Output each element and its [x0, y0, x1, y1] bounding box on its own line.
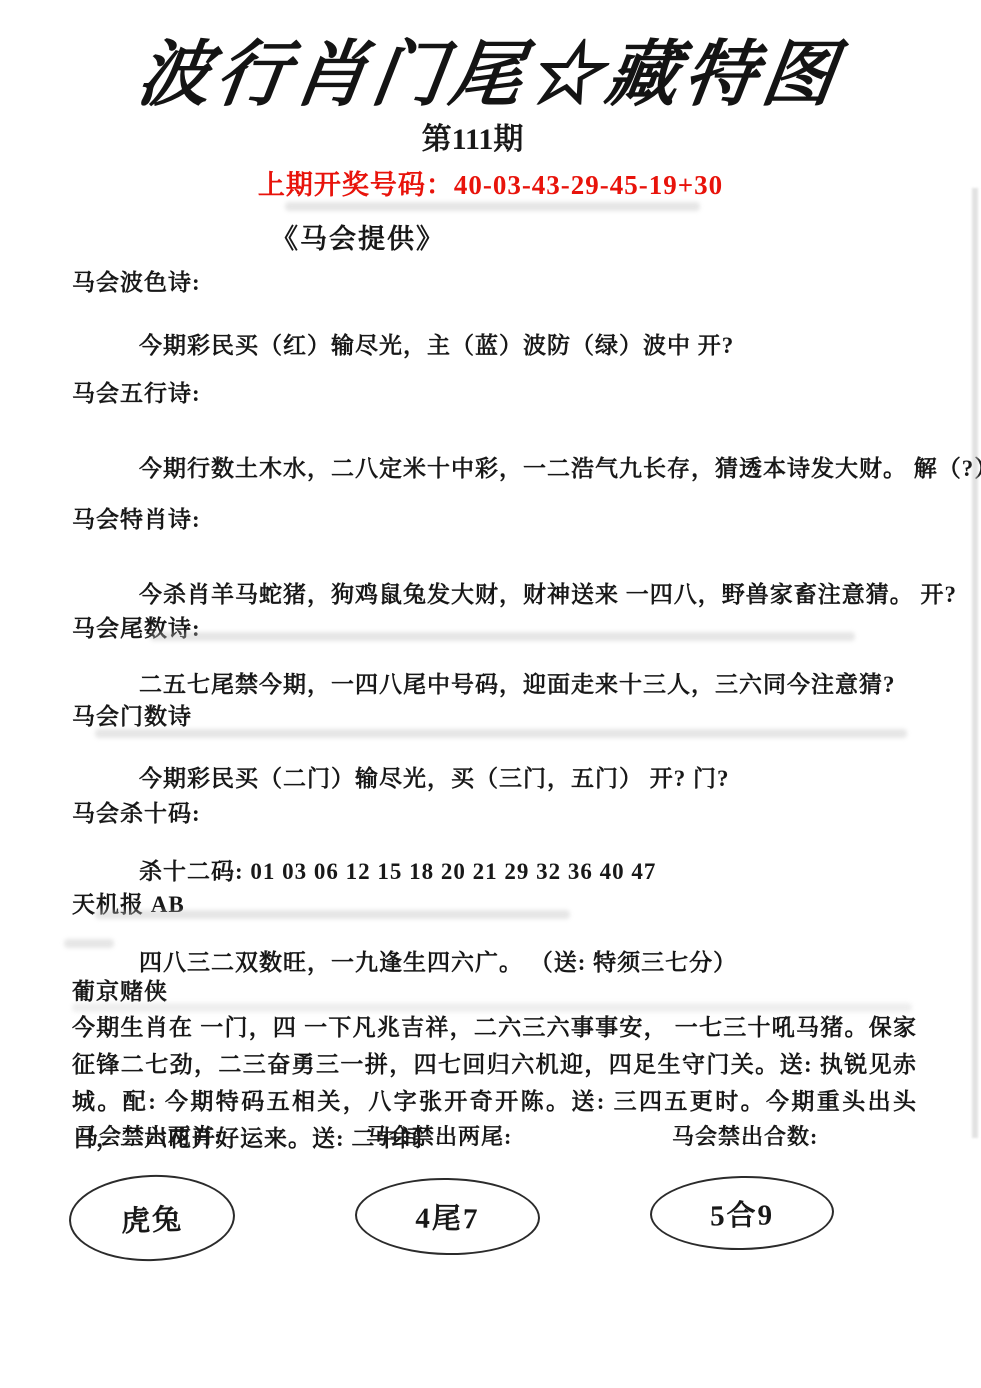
forbidden-sum-oval: 5合9: [649, 1174, 834, 1251]
poem-texiao: 今杀肖羊马蛇猪，狗鸡鼠兔发大财，财神送来 一四八，野兽家畜注意猜。 开?: [139, 576, 957, 609]
section-label-shashima: 马会杀十码:: [72, 795, 201, 828]
section-label-pujing: 葡京赌侠: [72, 973, 168, 1006]
poem-tianjibao: 四八三二双数旺，一九逢生四六广。 （送: 特须三七分）: [139, 944, 737, 977]
page-title: 波行肖门尾☆藏特图: [0, 16, 981, 120]
scan-artifact: [95, 729, 907, 738]
kill-numbers-line: 杀十二码: 01 03 06 12 15 18 20 21 29 32 36 4…: [139, 853, 656, 886]
forbidden-tail-label: 马会禁出两尾:: [366, 1120, 512, 1151]
poem-weishu: 二五七尾禁今期，一四八尾中号码，迎面走来十三人，三六同今注意猜?: [139, 666, 896, 699]
forbidden-sum-label: 马会禁出合数:: [672, 1120, 818, 1151]
scan-artifact: [95, 910, 570, 919]
scan-artifact: [64, 939, 114, 948]
last-draw-numbers: 上期开奖号码：40-03-43-29-45-19+30: [0, 163, 981, 202]
forbidden-zodiac-label: 马会禁出两肖:: [76, 1120, 222, 1151]
forbidden-zodiac-oval: 虎兔: [68, 1172, 237, 1264]
lottery-tip-sheet: 波行肖门尾☆藏特图 第111期 上期开奖号码：40-03-43-29-45-19…: [0, 0, 981, 1388]
scan-artifact: [285, 202, 700, 211]
forbidden-sum-value: 5合9: [710, 1192, 775, 1234]
scan-artifact: [72, 1003, 912, 1012]
forbidden-tail-oval: 4尾7: [354, 1176, 540, 1256]
poem-bose: 今期彩民买（红）输尽光，主（蓝）波防（绿）波中 开?: [139, 327, 734, 360]
scan-artifact: [150, 632, 855, 641]
section-label-wuxing: 马会五行诗:: [72, 375, 201, 408]
issue-number: 第111期: [0, 114, 963, 158]
forbidden-zodiac-value: 虎兔: [120, 1196, 183, 1239]
forbidden-tail-value: 4尾7: [415, 1195, 480, 1237]
scan-edge-artifact: [972, 188, 978, 1138]
section-label-menshu: 马会门数诗: [72, 698, 192, 731]
poem-menshu: 今期彩民买（二门）输尽光，买（三门，五门） 开? 门?: [139, 760, 730, 793]
provider-heading: 《马会提供》: [271, 217, 445, 256]
section-label-bose: 马会波色诗:: [72, 264, 201, 297]
poem-wuxing: 今期行数土木水，二八定米十中彩，一二浩气九长存，猜透本诗发大财。 解（?）: [139, 450, 981, 483]
section-label-texiao: 马会特肖诗:: [72, 501, 201, 534]
